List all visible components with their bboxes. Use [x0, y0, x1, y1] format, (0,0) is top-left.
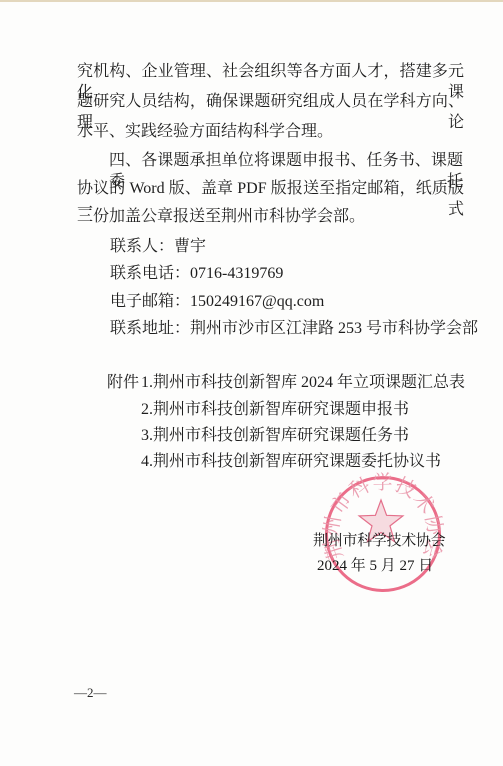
attachment-item-2: 2.荆州市科技创新智库研究课题申报书 [141, 399, 409, 420]
document-page: 究机构、企业管理、社会组织等各方面人才，搭建多元化课 题研究人员结构，确保课题研… [0, 0, 503, 766]
contact-value: 0716-4319769 [190, 265, 283, 282]
body-paragraph2-line3: 三份加盖公章报送至荆州市科协学会部。 [77, 206, 365, 227]
contact-label: 电子邮箱： [110, 293, 190, 310]
attachment-item-1: 1.荆州市科技创新智库 2024 年立项课题汇总表 [141, 372, 465, 393]
signature-date: 2024 年 5 月 27 日 [317, 554, 433, 575]
scan-edge-artifact [0, 0, 503, 2]
attachment-item-3: 3.荆州市科技创新智库研究课题任务书 [141, 425, 409, 446]
contact-value: 荆州市沙市区江津路 253 号市科协学会部 [190, 320, 478, 337]
contact-row-phone: 联系电话：0716-4319769 [110, 263, 283, 284]
contact-label: 联系地址： [110, 320, 190, 337]
contact-value: 曹宇 [174, 238, 206, 255]
contact-value: 150249167@qq.com [190, 293, 324, 310]
contact-row-person: 联系人：曹宇 [110, 236, 206, 257]
contact-label: 联系电话： [110, 265, 190, 282]
contact-row-address: 联系地址：荆州市沙市区江津路 253 号市科协学会部 [110, 318, 478, 339]
contact-row-email: 电子邮箱：150249167@qq.com [110, 291, 324, 312]
signature-organization: 荆州市科学技术协会 [313, 529, 445, 550]
page-number: —2— [74, 685, 107, 701]
contact-label: 联系人： [110, 238, 174, 255]
body-paragraph1-line3: 水平、实践经验方面结构科学合理。 [77, 121, 333, 142]
attachments-label: 附件 [107, 372, 139, 393]
